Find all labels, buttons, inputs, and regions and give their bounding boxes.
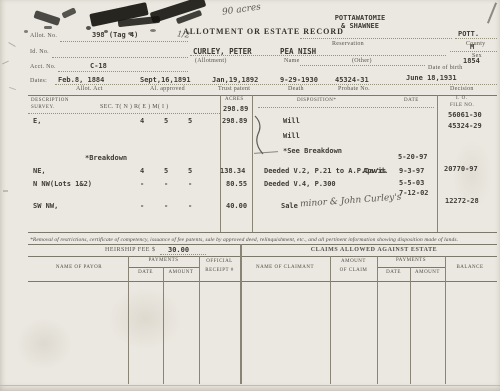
row4-sec: - — [140, 202, 144, 210]
death-value: 9-29-1930 — [280, 76, 318, 84]
file-col-rule — [437, 95, 438, 233]
row3-disposition: Deeded V.4, P.300 — [264, 180, 336, 188]
paper-bottom-edge — [0, 385, 500, 386]
row1-r: 5 — [188, 117, 192, 125]
receipt-col-header-2: RECEIPT # — [199, 268, 240, 273]
row1-disposition2: Will — [283, 132, 300, 140]
row1-disposition: Will — [283, 117, 300, 125]
row3-r: - — [188, 180, 192, 188]
date-header: DATE — [404, 98, 419, 103]
description-header-rule — [28, 113, 220, 114]
decision-label: Decision — [450, 86, 474, 92]
reservation-label: Reservation — [332, 41, 364, 47]
birth-value: 1854 — [463, 57, 480, 65]
trust-patent-value: Jan,19,1892 — [212, 76, 258, 84]
row3-acres: 80.55 — [226, 180, 247, 188]
allot-no-value: 398 (Tag 4) — [92, 31, 138, 39]
heirship-fee-label: HEIRSHIP FEE $ — [105, 247, 155, 253]
file-no-2: 45324-29 — [448, 122, 482, 130]
balance-col-header: BALANCE — [445, 265, 495, 270]
acres-col-left-rule — [220, 95, 221, 233]
al-approved-label: Al. approved — [150, 86, 185, 92]
file-no-1: 56061-30 — [448, 111, 482, 119]
scanned-allotment-record: Allot. No. 398 (Tag 4) ALLOTMENT OR ESTA… — [0, 0, 500, 391]
row4-file-no: 12272-28 — [445, 197, 479, 205]
probate-label: Probate No. — [338, 86, 370, 92]
payments2-subrule — [377, 267, 445, 268]
reservation-value-line1: POTTAWATOMIE — [305, 14, 415, 22]
birth-label: Date of birth — [428, 65, 463, 71]
county-label: County — [466, 41, 485, 47]
birth-line — [300, 65, 425, 66]
date-col-header: DATE — [128, 270, 163, 275]
amount-payments2-rule — [377, 256, 378, 384]
acct-no-line — [58, 71, 188, 72]
description-header-1: DESCRIPTION — [31, 98, 69, 103]
acct-no-label: Acct. No. — [30, 64, 56, 70]
death-label: Death — [288, 86, 304, 92]
row2-sec: 4 — [140, 167, 144, 175]
disposition-header-rule — [258, 107, 434, 108]
claim-amount-col-header-1: AMOUNT — [330, 259, 377, 264]
row1-sec: 4 — [140, 117, 144, 125]
file-header-2: FILE NO. — [450, 103, 474, 108]
row1-desc: E, — [33, 117, 41, 125]
footnote-top-rule — [28, 232, 497, 233]
amount-col-header: AMOUNT — [163, 270, 199, 275]
amount-receipt-rule — [199, 256, 200, 384]
payments2-col-header: PAYMENTS — [377, 258, 445, 263]
id-no-label: Id. No. — [30, 49, 49, 55]
row3-sec: - — [140, 180, 144, 188]
row4-disposition: Sale — [281, 202, 298, 210]
probate-value: 45324-31 — [335, 76, 369, 84]
handwritten-fraction-note: 1/2 — [176, 29, 190, 40]
row2-acres: 138.34 — [220, 167, 245, 175]
claim-amount-col-header-2: OF CLAIM — [330, 268, 377, 273]
brace-mark — [252, 114, 266, 156]
claimant-amount-rule — [330, 256, 331, 384]
claimant-col-header: NAME OF CLAIMANT — [240, 265, 330, 270]
breakdown-label: *Breakdown — [85, 154, 127, 162]
payor-col-header: NAME OF PAYOR — [30, 265, 128, 270]
receipt-col-header-1: OFFICIAL — [199, 259, 240, 264]
see-breakdown-note: *See Breakdown — [283, 147, 342, 155]
allot-act-value: Feb.8, 1884 — [58, 76, 104, 84]
heirship-fee-value: 30.00 — [168, 246, 189, 254]
dates-label: Dates: — [30, 78, 47, 84]
date-amount-rule — [163, 267, 164, 384]
row4-acres: 40.00 — [226, 202, 247, 210]
row2-date: 9-3-97 — [399, 167, 424, 175]
row2-approved: Apv'd. — [363, 167, 388, 175]
header-row-top-rule — [28, 256, 497, 257]
date2-amount2-rule — [410, 267, 411, 384]
reservation-line — [300, 38, 452, 39]
allot-act-label: Allot. Act — [76, 86, 103, 92]
sec-header: SEC. T( N ) R( E ) M( I ) — [100, 104, 168, 110]
description-header-2: SURVEY. — [31, 105, 55, 110]
breakdown-date: 5-20-97 — [398, 153, 428, 161]
allot-no-line — [60, 41, 188, 42]
footnote-text: *Removal of restrictions, certificate of… — [30, 237, 458, 243]
payments2-balance-rule — [445, 256, 446, 384]
trust-patent-label: Trust patent — [218, 86, 250, 92]
table-top-rule — [28, 95, 497, 96]
breakdown-connector-line — [254, 151, 278, 154]
al-approved-value: Sept,16,1891 — [140, 76, 191, 84]
county-value: POTT. — [458, 30, 479, 38]
header-row-bottom-rule — [28, 281, 497, 282]
claims-title: CLAIMS ALLOWED AGAINST ESTATE — [255, 247, 493, 253]
acct-no-value: C-18 — [90, 62, 107, 70]
row4-desc: SW NW, — [33, 202, 58, 210]
disposition-header: DISPOSITION* — [297, 98, 336, 103]
row4-r: - — [188, 202, 192, 210]
acres-total: 298.89 — [223, 105, 248, 113]
row3-date2: 7-12-02 — [399, 189, 429, 197]
row2-file-no: 20770-97 — [444, 165, 478, 173]
allot-no-label: Allot. No. — [30, 33, 57, 39]
allotment-sublabel: (Allotment) — [195, 58, 227, 64]
row4-t: - — [164, 202, 168, 210]
footnote-bottom-rule — [28, 244, 497, 245]
row2-t: 5 — [164, 167, 168, 175]
sex-line — [450, 51, 497, 52]
other-label: (Other) — [352, 58, 372, 64]
sex-value: M — [470, 43, 474, 51]
acres-header: ACRES — [225, 97, 244, 102]
row3-date1: 5-5-03 — [399, 179, 424, 187]
row3-t: - — [164, 180, 168, 188]
name-label: Name — [284, 58, 300, 64]
heirship-fee-line — [160, 254, 206, 255]
amount2-col-header: AMOUNT — [410, 270, 445, 275]
dates-line — [55, 84, 497, 85]
pen-stroke-corner — [487, 2, 497, 23]
handwritten-sale-note: minor & John Curley's — [300, 192, 402, 209]
row2-desc: NE, — [33, 167, 46, 175]
decision-value: June 18,1931 — [406, 74, 457, 82]
county-line — [455, 38, 497, 39]
name-line — [190, 55, 446, 56]
row1-acres: 298.89 — [222, 117, 247, 125]
row2-r: 5 — [188, 167, 192, 175]
row1-t: 5 — [164, 117, 168, 125]
row3-desc: N NW(Lots 1&2) — [33, 180, 92, 188]
file-header-1: I. O. — [456, 96, 468, 101]
id-no-line — [52, 57, 188, 58]
center-divider-rule — [240, 244, 242, 384]
date2-col-header: DATE — [377, 270, 410, 275]
reservation-value-line2: & SHAWNEE — [305, 22, 415, 30]
handwritten-acreage-note: 90 acres — [221, 2, 261, 17]
payments-col-header: PAYMENTS — [128, 258, 199, 263]
payor-payments-rule — [128, 256, 129, 384]
